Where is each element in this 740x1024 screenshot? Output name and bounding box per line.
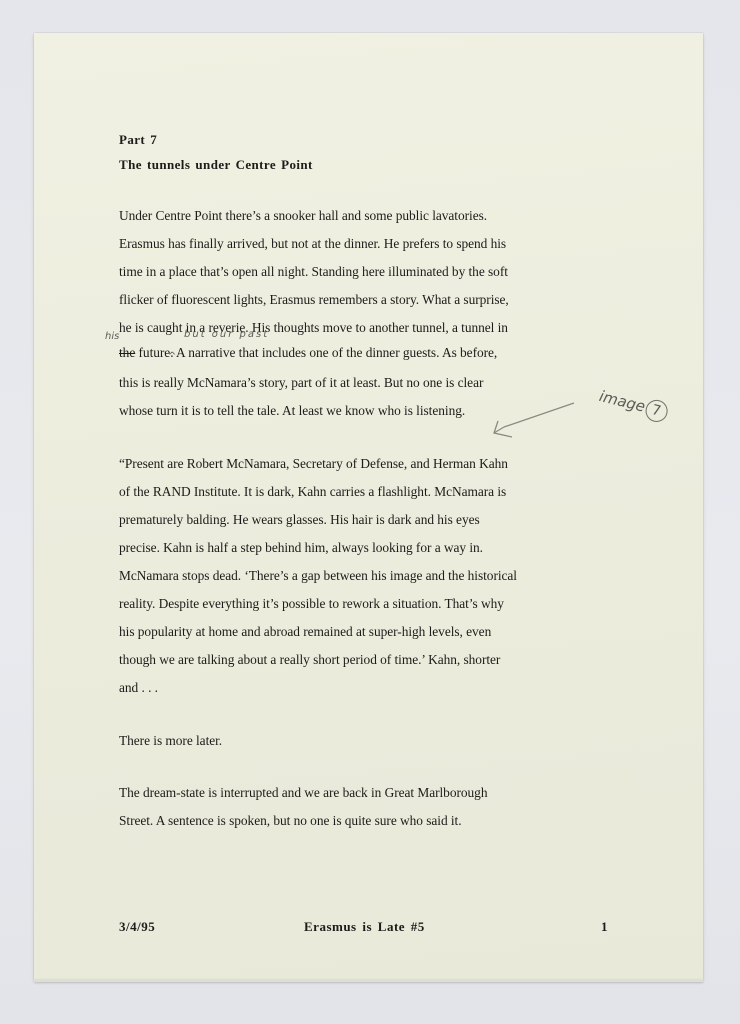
struck-word: the — [119, 345, 135, 360]
page-number: 1 — [601, 919, 608, 935]
text-line: prematurely balding. He wears glasses. H… — [119, 512, 480, 528]
handwritten-insertion: but our past — [184, 329, 269, 340]
arrow-icon — [490, 395, 580, 445]
margin-note-text: image — [597, 387, 647, 416]
text-line: time in a place that’s open all night. S… — [119, 264, 508, 280]
handwritten-replacement: his — [105, 331, 119, 342]
text-line: though we are talking about a really sho… — [119, 652, 500, 668]
text-line: reality. Despite everything it’s possibl… — [119, 596, 504, 612]
text-line: he is caught in a reverie. His thoughts … — [119, 320, 508, 336]
caret-mark: ^ — [168, 351, 176, 362]
document-page: Part 7 The tunnels under Centre Point Un… — [34, 33, 703, 979]
text-line: The dream-state is interrupted and we ar… — [119, 785, 487, 801]
text-fragment: . A narrative that includes one of the d… — [170, 345, 497, 360]
text-line: “Present are Robert McNamara, Secretary … — [119, 456, 508, 472]
margin-note: image7 — [597, 386, 670, 424]
text-line: Under Centre Point there’s a snooker hal… — [119, 208, 487, 224]
text-line: precise. Kahn is half a step behind him,… — [119, 540, 483, 556]
section-title: The tunnels under Centre Point — [119, 157, 313, 173]
text-line: whose turn it is to tell the tale. At le… — [119, 403, 465, 419]
text-fragment: future — [135, 345, 170, 360]
text-line: of the RAND Institute. It is dark, Kahn … — [119, 484, 506, 500]
text-line: and . . . — [119, 680, 158, 696]
footer-title: Erasmus is Late #5 — [304, 919, 425, 935]
text-line: Street. A sentence is spoken, but no one… — [119, 813, 462, 829]
text-line: flicker of fluorescent lights, Erasmus r… — [119, 292, 509, 308]
part-label: Part 7 — [119, 132, 157, 148]
circled-number: 7 — [643, 398, 670, 425]
text-line: Erasmus has finally arrived, but not at … — [119, 236, 506, 252]
text-line: this is really McNamara’s story, part of… — [119, 375, 483, 391]
text-line: There is more later. — [119, 733, 222, 749]
text-line: his popularity at home and abroad remain… — [119, 624, 491, 640]
text-line: McNamara stops dead. ‘There’s a gap betw… — [119, 568, 517, 584]
footer-date: 3/4/95 — [119, 919, 155, 935]
